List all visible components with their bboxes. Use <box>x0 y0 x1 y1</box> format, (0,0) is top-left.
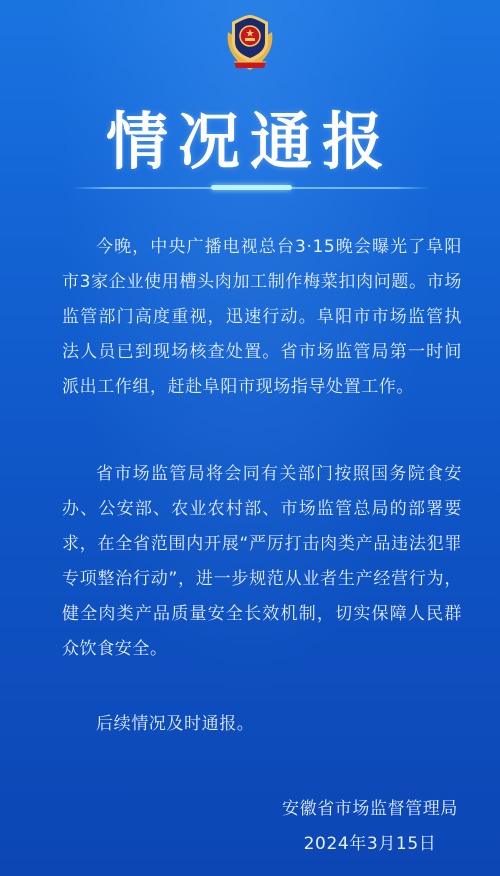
signature-block: 安徽省市场监督管理局 2024年3月15日 <box>282 792 458 862</box>
signature-date: 2024年3月15日 <box>282 827 458 862</box>
paragraph-text: 省市场监管局将会同有关部门按照国务院食安办、公安部、农业农村部、市场监管总局的部… <box>62 457 462 667</box>
paragraph-text: 今晚，中央广播电视总台3·15晚会曝光了阜阳市3家企业使用槽头肉加工制作梅菜扣肉… <box>62 230 462 405</box>
paragraph-followup: 后续情况及时通报。 <box>62 707 462 742</box>
notice-page: 情况通报 今晚，中央广播电视总台3·15晚会曝光了阜阳市3家企业使用槽头肉加工制… <box>0 0 500 876</box>
paragraph-exposure: 今晚，中央广播电视总台3·15晚会曝光了阜阳市3家企业使用槽头肉加工制作梅菜扣肉… <box>62 230 462 405</box>
page-title: 情况通报 <box>0 92 500 181</box>
police-emblem-icon <box>222 12 278 74</box>
signature-organization: 安徽省市场监督管理局 <box>282 792 458 827</box>
paragraph-text: 后续情况及时通报。 <box>62 707 462 742</box>
title-divider-accent <box>211 185 292 190</box>
paragraph-campaign: 省市场监管局将会同有关部门按照国务院食安办、公安部、农业农村部、市场监管总局的部… <box>62 457 462 667</box>
